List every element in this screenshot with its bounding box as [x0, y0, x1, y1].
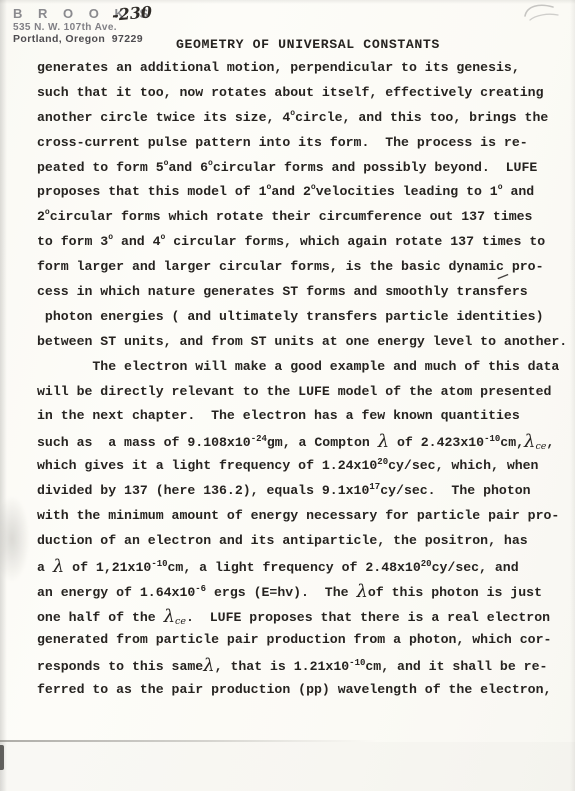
text-line: 2ocircular forms which rotate their circ… — [37, 205, 567, 230]
degree-mark: o — [208, 159, 213, 168]
text-line: between ST units, and from ST units at o… — [37, 330, 567, 355]
text-line: generated from particle pair production … — [37, 628, 567, 653]
lambda-symbol: λ — [524, 431, 535, 452]
text-run: photon energies ( and ultimately transfe… — [37, 309, 543, 324]
text-line: duction of an electron and its antiparti… — [37, 529, 567, 554]
text-run: circular forms which rotate their circum… — [50, 209, 533, 224]
text-line: peated to form 5oand 6ocircular forms an… — [37, 156, 567, 181]
text-run: cess in which nature generates ST forms … — [37, 284, 528, 299]
page-title: GEOMETRY OF UNIVERSAL CONSTANTS — [176, 37, 440, 52]
text-run: circular forms, which again rotate 137 t… — [165, 234, 545, 249]
text-line: which gives it a light frequency of 1.24… — [37, 454, 567, 479]
text-run: peated to form 5 — [37, 160, 164, 175]
superscript: 20 — [421, 559, 432, 569]
text-run: generates an additional motion, perpendi… — [37, 60, 520, 75]
document-body: generates an additional motion, perpendi… — [37, 56, 567, 703]
text-run: and 2 — [271, 184, 311, 199]
text-line: ferred to as the pair production (pp) wa… — [37, 678, 567, 703]
text-line: photon energies ( and ultimately transfe… — [37, 305, 567, 330]
superscript: -10 — [349, 658, 365, 668]
ink-smudge — [0, 495, 30, 583]
text-run: 2 — [37, 209, 45, 224]
scan-edge-right — [570, 0, 575, 791]
text-run: such as a mass of 9.108x10 — [37, 435, 251, 450]
text-run: cm, and it shall be re- — [365, 659, 547, 674]
text-run: will be directly relevant to the LUFE mo… — [37, 384, 551, 399]
text-run: with the minimum amount of energy necess… — [37, 508, 559, 523]
superscript: 20 — [377, 457, 388, 467]
lambda-symbol: λ — [378, 431, 389, 452]
text-line: cross-current pulse pattern into its for… — [37, 131, 567, 156]
text-line: form larger and larger circular forms, i… — [37, 255, 567, 280]
text-run: of 2.423x10 — [389, 435, 484, 450]
text-run: one half of the — [37, 610, 164, 625]
text-run: cy/sec, which, when — [388, 458, 538, 473]
pencil-mark-icon — [521, 1, 563, 25]
text-run: cy/sec. The photon — [380, 483, 530, 498]
degree-mark: o — [108, 233, 113, 242]
text-run: generated from particle pair production … — [37, 632, 551, 647]
text-run: cy/sec, and — [432, 560, 519, 575]
lambda-symbol: λ — [203, 655, 214, 676]
text-run: of this photon is just — [368, 585, 542, 600]
degree-mark: o — [498, 183, 503, 192]
text-line: generates an additional motion, perpendi… — [37, 56, 567, 81]
text-run: form larger and larger circular forms, i… — [37, 259, 543, 274]
superscript: -24 — [251, 434, 267, 444]
stamp-address-line2: Portland, Oregon 97229 — [13, 33, 154, 45]
text-line: an energy of 1.64x10-6 ergs (E=hv). The … — [37, 579, 567, 604]
text-run: duction of an electron and its antiparti… — [37, 533, 528, 548]
text-line: The electron will make a good example an… — [37, 355, 567, 380]
lambda-symbol: λ — [53, 556, 64, 577]
stamp-address-line1: 535 N. W. 107th Ave. — [13, 22, 154, 33]
paper-fold-area — [0, 742, 575, 791]
text-line: a λ of 1,21x10-10cm, a light frequency o… — [37, 554, 567, 579]
degree-mark: o — [290, 109, 295, 118]
text-run: gm, a Compton — [267, 435, 378, 450]
text-run: an energy of 1.64x10 — [37, 585, 195, 600]
handwritten-page-number: -230 — [111, 2, 153, 24]
text-run: of 1,21x10 — [64, 560, 151, 575]
text-run: , — [546, 435, 554, 450]
lambda-subscript: ce — [535, 441, 546, 452]
text-run: such that it too, now rotates about itse… — [37, 85, 543, 100]
text-line: proposes that this model of 1oand 2ovelo… — [37, 180, 567, 205]
text-run: velocities leading to 1 — [316, 184, 498, 199]
lambda-subscript: ce — [175, 616, 186, 627]
text-line: such that it too, now rotates about itse… — [37, 81, 567, 106]
text-line: responds to this sameλ, that is 1.21x10-… — [37, 653, 567, 678]
text-line: in the next chapter. The electron has a … — [37, 404, 567, 429]
text-run: and 4 — [113, 234, 160, 249]
text-run: The electron will make a good example an… — [37, 359, 559, 374]
scan-edge-notch — [0, 745, 4, 770]
text-line: such as a mass of 9.108x10-24gm, a Compt… — [37, 429, 567, 454]
text-line: another circle twice its size, 4ocircle,… — [37, 106, 567, 131]
text-run: ergs (E=hv). The — [206, 585, 356, 600]
text-line: will be directly relevant to the LUFE mo… — [37, 380, 567, 405]
text-run: circle, and this too, brings the — [295, 110, 548, 125]
scan-edge-left — [0, 0, 7, 791]
text-run: and 6 — [168, 160, 208, 175]
degree-mark: o — [45, 208, 50, 217]
lambda-symbol: λ — [356, 581, 367, 602]
text-run: and — [503, 184, 535, 199]
text-run: proposes that this model of 1 — [37, 184, 267, 199]
text-run: circular forms and possibly beyond. LUFE — [213, 160, 537, 175]
text-line: with the minimum amount of energy necess… — [37, 504, 567, 529]
text-run: in the next chapter. The electron has a … — [37, 408, 520, 423]
text-line: divided by 137 (here 136.2), equals 9.1x… — [37, 479, 567, 504]
paper-crease-line — [0, 740, 460, 742]
text-run: between ST units, and from ST units at o… — [37, 334, 567, 349]
text-run: which gives it a light frequency of 1.24… — [37, 458, 377, 473]
degree-mark: o — [267, 183, 272, 192]
text-run: a — [37, 560, 53, 575]
text-line: one half of the λce. LUFE proposes that … — [37, 604, 567, 629]
lambda-symbol: λ — [164, 606, 175, 627]
superscript: -6 — [195, 584, 206, 594]
degree-mark: o — [311, 183, 316, 192]
superscript: -10 — [484, 434, 500, 444]
text-run: ferred to as the pair production (pp) wa… — [37, 682, 551, 697]
text-run: . LUFE proposes that there is a real ele… — [186, 610, 550, 625]
text-run: cross-current pulse pattern into its for… — [37, 135, 528, 150]
degree-mark: o — [164, 159, 169, 168]
scan-edge-top — [0, 0, 575, 4]
text-run: to form 3 — [37, 234, 108, 249]
text-line: cess in which nature generates ST forms … — [37, 280, 567, 305]
superscript: 17 — [369, 482, 380, 492]
scanned-page: B R O O K S 535 N. W. 107th Ave. Portlan… — [0, 0, 575, 791]
text-line: to form 3o and 4o circular forms, which … — [37, 230, 567, 255]
text-run: cm, — [500, 435, 524, 450]
text-run: another circle twice its size, 4 — [37, 110, 290, 125]
text-run: , that is 1.21x10 — [215, 659, 350, 674]
text-run: cm, a light frequency of 2.48x10 — [168, 560, 421, 575]
text-run: divided by 137 (here 136.2), equals 9.1x… — [37, 483, 369, 498]
degree-mark: o — [161, 233, 166, 242]
text-run: responds to this same — [37, 659, 203, 674]
superscript: -10 — [151, 559, 167, 569]
